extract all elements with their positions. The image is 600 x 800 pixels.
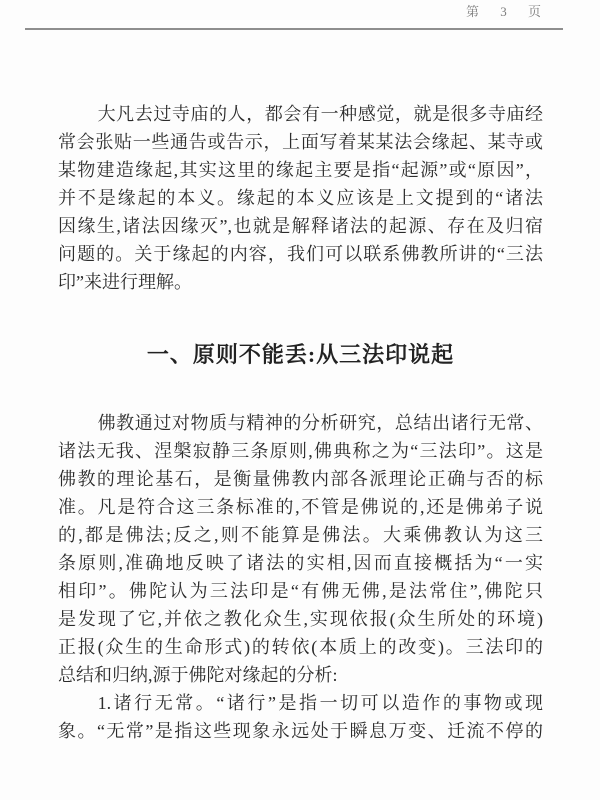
text-line: 并不是缘起的本义。缘起的本义应该是上文提到的“诸法 [58, 184, 543, 212]
text-line: 准。凡是符合这三条标准的,不管是佛说的,还是佛弟子说 [58, 493, 543, 521]
text-line: 正报(众生的生命形式)的转依(本质上的改变)。三法印的 [58, 633, 543, 661]
paragraph-3: 1.诸行无常。“诸行”是指一切可以造作的事物或现 象。“无常”是指这些现象永远处… [58, 689, 543, 745]
text-line: 的,都是佛法;反之,则不能算是佛法。大乘佛教认为这三 [58, 521, 543, 549]
text-line: 1.诸行无常。“诸行”是指一切可以造作的事物或现 [58, 689, 543, 717]
text-line: 某物建造缘起,其实这里的缘起主要是指“起源”或“原因”， [58, 156, 543, 184]
paragraph-1: 大凡去过寺庙的人，都会有一种感觉，就是很多寺庙经 常会张贴一些通告或告示，上面写… [58, 100, 543, 296]
text-line: 相印”。佛陀认为三法印是“有佛无佛,是法常住”,佛陀只 [58, 577, 543, 605]
text-line: 是发现了它,并依之教化众生,实现依报(众生所处的环境) [58, 605, 543, 633]
text-line: 总结和归纳,源于佛陀对缘起的分析: [58, 661, 543, 689]
text-line: 常会张贴一些通告或告示，上面写着某某法会缘起、某寺或 [58, 128, 543, 156]
paragraph-2: 佛教通过对物质与精神的分析研究，总结出诸行无常、 诸法无我、涅槃寂静三条原则,佛… [58, 409, 543, 689]
page-indicator: 第 3 页 [0, 3, 600, 21]
section-heading: 一、原则不能丢:从三法印说起 [58, 338, 543, 372]
text-line: 条原则,准确地反映了诸法的实相,因而直接概括为“一实 [58, 549, 543, 577]
text-line: 大凡去过寺庙的人，都会有一种感觉，就是很多寺庙经 [58, 100, 543, 128]
text-line: 印”来进行理解。 [58, 268, 543, 296]
page-body: 大凡去过寺庙的人，都会有一种感觉，就是很多寺庙经 常会张贴一些通告或告示，上面写… [58, 100, 543, 745]
text-line: 象。“无常”是指这些现象永远处于瞬息万变、迁流不停的 [58, 717, 543, 745]
text-line: 佛教通过对物质与精神的分析研究，总结出诸行无常、 [58, 409, 543, 437]
text-line: 因缘生,诸法因缘灭”,也就是解释诸法的起源、存在及归宿 [58, 212, 543, 240]
text-line: 佛教的理论基石，是衡量佛教内部各派理论正确与否的标 [58, 465, 543, 493]
book-page: 第 3 页 大凡去过寺庙的人，都会有一种感觉，就是很多寺庙经 常会张贴一些通告或… [0, 0, 600, 800]
text-line: 诸法无我、涅槃寂静三条原则,佛典称之为“三法印”。这是 [58, 437, 543, 465]
page-header: 第 3 页 [0, 0, 600, 30]
text-line: 问题的。关于缘起的内容，我们可以联系佛教所讲的“三法 [58, 240, 543, 268]
header-rule [25, 28, 563, 30]
